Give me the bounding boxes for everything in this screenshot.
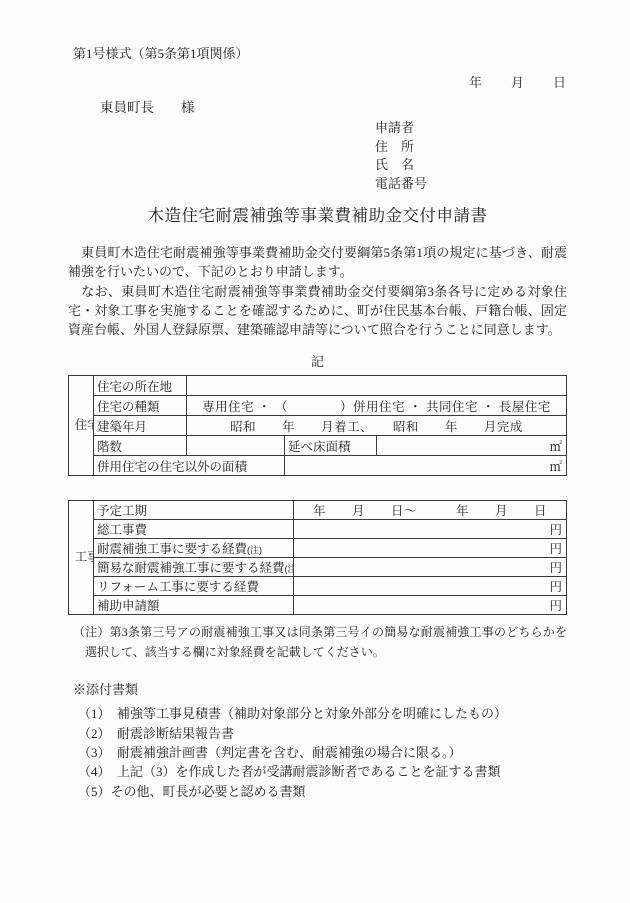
cost-table: 工事費等 予定工期 年 月 日～ 年 月 日 総工事費 円 耐震補強工事に要する…: [68, 500, 567, 615]
cost-simple-seismic-value: 円: [294, 558, 567, 577]
applicant-name-label: 氏 名: [375, 156, 567, 175]
applicant-address-label: 住 所: [375, 138, 567, 157]
cost-simple-seismic-label: 簡易な耐震補強工事に要する経費(注): [94, 558, 294, 577]
body-paragraph-1: 東員町木造住宅耐震補強等事業費補助金交付要綱第5条第1項の規定に基づき、耐震補強…: [68, 243, 567, 282]
attachments-list: （1） 補強等工事見積書（補助対象部分と対象外部分を明確にしたもの） （2） 耐…: [78, 704, 567, 800]
cost-seismic-label: 耐震補強工事に要する経費(注): [94, 539, 294, 558]
house-built-label: 建築年月: [94, 416, 187, 436]
addressee: 東員町長 様: [100, 96, 567, 116]
note-mark: (注): [285, 564, 294, 574]
page-title: 木造住宅耐震補強等事業費補助金交付申請書: [68, 202, 567, 226]
house-non-residential-value: ㎡: [285, 456, 567, 476]
application-form-page: 第1号様式（第5条第1項関係） 年 月 日 東員町長 様 申請者 住 所 氏 名…: [0, 0, 630, 903]
cost-row-total: 総工事費 円: [69, 520, 567, 539]
applicant-block: 申請者 住 所 氏 名 電話番号: [375, 119, 567, 193]
cost-row-schedule: 工事費等 予定工期 年 月 日～ 年 月 日: [69, 501, 567, 520]
cost-subsidy-request-value: 円: [294, 596, 567, 615]
house-floor-area-value: ㎡: [377, 436, 567, 456]
cost-schedule-label: 予定工期: [94, 501, 294, 520]
cost-subsidy-request-label: 補助申請額: [94, 596, 294, 615]
house-floors-label: 階数: [94, 436, 187, 456]
cost-schedule-value: 年 月 日～ 年 月 日: [294, 501, 567, 520]
house-built-value: 昭和 年 月着工、 昭和 年 月完成: [187, 416, 567, 436]
cost-row-simple-seismic: 簡易な耐震補強工事に要する経費(注) 円: [69, 558, 567, 577]
house-location-label: 住宅の所在地: [94, 376, 187, 396]
house-non-residential-label: 併用住宅の住宅以外の面積: [94, 456, 285, 476]
cost-row-reform: リフォーム工事に要する経費 円: [69, 577, 567, 596]
body-paragraph-2: なお、東員町木造住宅耐震補強等事業費補助金交付要綱第3条各号に定める対象住宅・対…: [68, 282, 567, 340]
cost-total-value: 円: [294, 520, 567, 539]
date-line: 年 月 日: [68, 72, 567, 91]
attachment-item: （1） 補強等工事見積書（補助対象部分と対象外部分を明確にしたもの）: [78, 704, 567, 723]
form-number: 第1号様式（第5条第1項関係）: [73, 0, 567, 62]
house-type-label: 住宅の種類: [94, 396, 187, 416]
house-floors-value: [187, 436, 285, 456]
cost-reform-label: リフォーム工事に要する経費: [94, 577, 294, 596]
attachments-heading: ※添付書類: [73, 679, 567, 698]
house-row-type: 住宅の種類 専用住宅 ・ （ ）併用住宅 ・ 共同住宅 ・ 長屋住宅: [69, 396, 567, 416]
cost-reform-value: 円: [294, 577, 567, 596]
house-summary-table: 住宅の概要 住宅の所在地 住宅の種類 専用住宅 ・ （ ）併用住宅 ・ 共同住宅…: [68, 375, 567, 476]
attachment-item: （5）その他、町長が必要と認める書類: [78, 782, 567, 801]
cost-row-seismic: 耐震補強工事に要する経費(注) 円: [69, 539, 567, 558]
house-table-side-label: 住宅の概要: [69, 376, 94, 476]
cost-total-label: 総工事費: [94, 520, 294, 539]
attachment-item: （2） 耐震診断結果報告書: [78, 724, 567, 743]
footnote: （注）第3条第三号アの耐震補強工事又は同条第三号イの簡易な耐震補強工事のどちらか…: [73, 622, 567, 662]
house-row-floors: 階数 延べ床面積 ㎡: [69, 436, 567, 456]
applicant-heading: 申請者: [375, 119, 567, 138]
attachment-item: （4） 上記（3）を作成した者が受講耐震診断者であることを証する書類: [78, 762, 567, 781]
cost-row-subsidy-request: 補助申請額 円: [69, 596, 567, 615]
house-floor-area-label: 延べ床面積: [285, 436, 377, 456]
cost-table-side-label: 工事費等: [69, 501, 94, 615]
house-row-non-residential: 併用住宅の住宅以外の面積 ㎡: [69, 456, 567, 476]
cost-seismic-value: 円: [294, 539, 567, 558]
house-location-value: [187, 376, 567, 396]
house-type-value: 専用住宅 ・ （ ）併用住宅 ・ 共同住宅 ・ 長屋住宅: [187, 396, 567, 416]
attachment-item: （3） 耐震補強計画書（判定書を含む、耐震補強の場合に限る。）: [78, 743, 567, 762]
applicant-phone-label: 電話番号: [375, 175, 567, 194]
record-heading: 記: [68, 351, 567, 370]
house-row-built: 建築年月 昭和 年 月着工、 昭和 年 月完成: [69, 416, 567, 436]
house-row-location: 住宅の概要 住宅の所在地: [69, 376, 567, 396]
note-mark: (注): [247, 545, 262, 555]
